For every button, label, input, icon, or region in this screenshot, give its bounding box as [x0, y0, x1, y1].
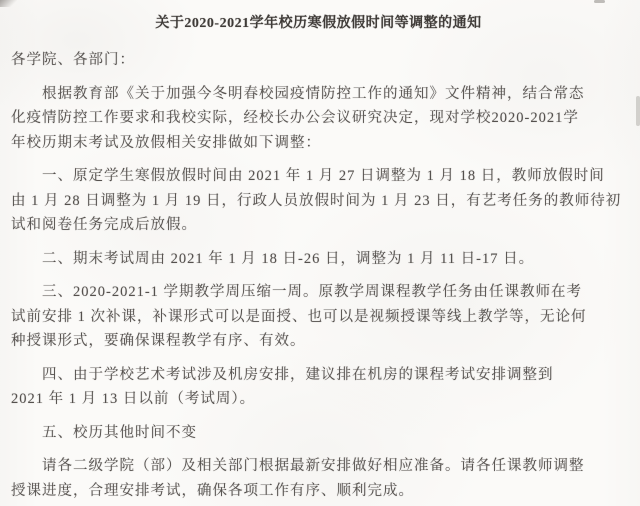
notice-line: 请各二级学院（部）及相关部门根据最新安排做好相应准备。请各任课教师调整 — [11, 454, 626, 479]
notice-paragraph: 二、期末考试周由 2021 年 1 月 18 日-26 日，调整为 1 月 11… — [11, 247, 626, 272]
notice-line: 四、由于学校艺术考试涉及机房安排，建议排在机房的课程考试安排调整到 — [11, 363, 626, 388]
notice-paragraph: 根据教育部《关于加强今冬明春校园疫情防控工作的通知》文件精神，结合常态化疫情防控… — [11, 82, 626, 156]
notice-paragraph: 五、校历其他时间不变 — [11, 421, 626, 446]
notice-paragraph: 请各二级学院（部）及相关部门根据最新安排做好相应准备。请各任课教师调整授课进度，… — [11, 454, 626, 503]
notice-line: 年校历期末考试及放假相关安排做如下调整： — [11, 131, 626, 156]
notice-line: 试前安排 1 次补课，补课形式可以是面授、也可以是视频授课等线上教学等，无论何 — [11, 305, 626, 330]
notice-line: 种授课形式，要确保课程教学有序、有效。 — [11, 329, 626, 354]
notice-body: 根据教育部《关于加强今冬明春校园疫情防控工作的通知》文件精神，结合常态化疫情防控… — [11, 82, 626, 504]
notice-line: 化疫情防控工作要求和我校实际，经校长办公会议研究决定，现对学校2020-2021… — [11, 106, 626, 131]
notice-salutation: 各学院、各部门： — [11, 48, 626, 73]
notice-paragraph: 一、原定学生寒假放假时间由 2021 年 1 月 27 日调整为 1 月 18 … — [11, 164, 626, 238]
notice-line: 2021 年 1 月 13 日以前（考试周）。 — [11, 387, 626, 412]
notice-document: 关于2020-2021学年校历寒假放假时间等调整的通知 各学院、各部门： 根据教… — [0, 0, 640, 503]
notice-line: 五、校历其他时间不变 — [11, 421, 626, 446]
notice-line: 授课进度，合理安排考试，确保各项工作有序、顺利完成。 — [11, 479, 626, 504]
notice-line: 三、2020-2021-1 学期教学周压缩一周。原教学周课程教学任务由任课教师在… — [11, 280, 626, 305]
notice-paragraph: 四、由于学校艺术考试涉及机房安排，建议排在机房的课程考试安排调整到2021 年 … — [11, 363, 626, 412]
notice-line: 一、原定学生寒假放假时间由 2021 年 1 月 27 日调整为 1 月 18 … — [11, 164, 626, 189]
notice-paragraph: 三、2020-2021-1 学期教学周压缩一周。原教学周课程教学任务由任课教师在… — [11, 280, 626, 354]
notice-title: 关于2020-2021学年校历寒假放假时间等调整的通知 — [11, 12, 626, 36]
notice-line: 试和阅卷任务完成后放假。 — [11, 213, 626, 238]
notice-line: 根据教育部《关于加强今冬明春校园疫情防控工作的通知》文件精神，结合常态 — [11, 82, 626, 107]
notice-line: 二、期末考试周由 2021 年 1 月 18 日-26 日，调整为 1 月 11… — [11, 247, 626, 272]
notice-line: 由 1 月 28 日调整为 1 月 19 日，行政人员放假时间为 1 月 23 … — [11, 189, 626, 214]
